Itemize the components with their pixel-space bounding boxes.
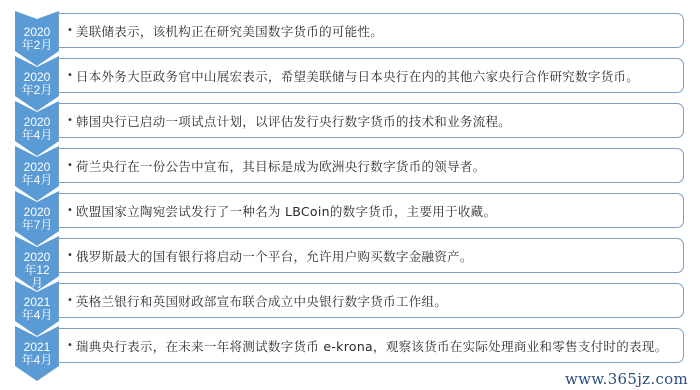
date-month: 年4月 (15, 129, 59, 142)
event-text: 韩国央行已启动一项试点计划，以评估发行央行数字货币的技术和业务流程。 (76, 112, 511, 130)
event-box: •英格兰银行和英国财政部宣布联合成立中央银行数字货币工作组。 (58, 283, 684, 318)
event-box: •欧盟国家立陶宛尝试发行了一种名为 LBCoin的数字货币，主要用于收藏。 (58, 193, 684, 228)
timeline-row: 2021年4月•瑞典央行表示，在未来一年将测试数字货币 e-krona，观察该货… (0, 327, 700, 372)
date-chevron: 2021年4月 (15, 326, 59, 381)
date-label: 2020年2月 (15, 71, 59, 97)
date-month: 年2月 (15, 39, 59, 52)
watermark: www.365jz.com (565, 370, 688, 388)
bullet-icon: • (67, 115, 73, 126)
bullet-icon: • (67, 70, 73, 81)
event-box: •瑞典央行表示，在未来一年将测试数字货币 e-krona，观察该货币在实际处理商… (58, 328, 684, 363)
date-label: 2020年4月 (15, 161, 59, 187)
date-month: 年7月 (15, 219, 59, 232)
event-text: 瑞典央行表示，在未来一年将测试数字货币 e-krona，观察该货币在实际处理商业… (76, 337, 668, 355)
timeline-row: 2020年4月•荷兰央行在一份公告中宣布，其目标是成为欧洲央行数字货币的领导者。 (0, 147, 700, 192)
timeline-row: 2020年4月•韩国央行已启动一项试点计划，以评估发行央行数字货币的技术和业务流… (0, 102, 700, 147)
event-box: •俄罗斯最大的国有银行将启动一个平台，允许用户购买数字金融资产。 (58, 238, 684, 273)
event-box: •美联储表示，该机构正在研究美国数字货币的可能性。 (58, 13, 684, 48)
timeline-row: 2020年7月•欧盟国家立陶宛尝试发行了一种名为 LBCoin的数字货币，主要用… (0, 192, 700, 237)
timeline-diagram: 2020年2月•美联储表示，该机构正在研究美国数字货币的可能性。2020年2月•… (0, 0, 700, 390)
bullet-icon: • (67, 295, 73, 306)
date-month: 年4月 (15, 174, 59, 187)
bullet-icon: • (67, 250, 73, 261)
event-box: •日本外务大臣政务官中山展宏表示，希望美联储与日本央行在内的其他六家央行合作研究… (58, 58, 684, 93)
date-label: 2021年4月 (15, 341, 59, 367)
event-box: •韩国央行已启动一项试点计划，以评估发行央行数字货币的技术和业务流程。 (58, 103, 684, 138)
bullet-icon: • (67, 340, 73, 351)
event-text: 英格兰银行和英国财政部宣布联合成立中央银行数字货币工作组。 (76, 292, 447, 310)
bullet-icon: • (67, 205, 73, 216)
date-label: 2020年2月 (15, 26, 59, 52)
timeline-row: 2021年4月•英格兰银行和英国财政部宣布联合成立中央银行数字货币工作组。 (0, 282, 700, 327)
bullet-icon: • (67, 25, 73, 36)
date-month: 年4月 (15, 309, 59, 322)
timeline-row: 2020年2月•日本外务大臣政务官中山展宏表示，希望美联储与日本央行在内的其他六… (0, 57, 700, 102)
date-label: 2020年4月 (15, 116, 59, 142)
event-text: 俄罗斯最大的国有银行将启动一个平台，允许用户购买数字金融资产。 (76, 247, 473, 265)
event-text: 欧盟国家立陶宛尝试发行了一种名为 LBCoin的数字货币，主要用于收藏。 (76, 202, 496, 220)
bullet-icon: • (67, 160, 73, 171)
timeline-row: 2020年2月•美联储表示，该机构正在研究美国数字货币的可能性。 (0, 12, 700, 57)
date-label: 2021年4月 (15, 296, 59, 322)
date-month: 年2月 (15, 84, 59, 97)
event-box: •荷兰央行在一份公告中宣布，其目标是成为欧洲央行数字货币的领导者。 (58, 148, 684, 183)
date-month: 年4月 (15, 354, 59, 367)
event-text: 荷兰央行在一份公告中宣布，其目标是成为欧洲央行数字货币的领导者。 (76, 157, 486, 175)
timeline-row: 2020年12月•俄罗斯最大的国有银行将启动一个平台，允许用户购买数字金融资产。 (0, 237, 700, 282)
event-text: 美联储表示，该机构正在研究美国数字货币的可能性。 (76, 22, 383, 40)
event-text: 日本外务大臣政务官中山展宏表示，希望美联储与日本央行在内的其他六家央行合作研究数… (76, 67, 639, 85)
date-label: 2020年7月 (15, 206, 59, 232)
